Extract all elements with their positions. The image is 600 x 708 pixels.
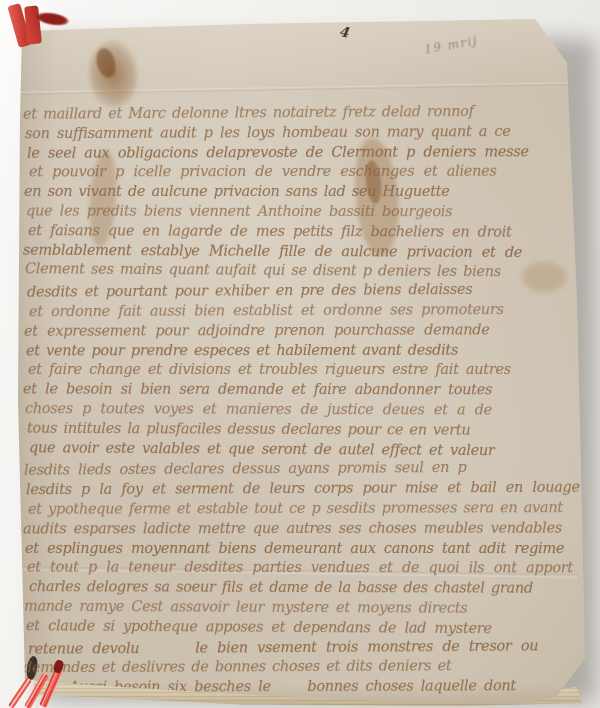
manuscript-text-line: et ypotheque ferme et estable tout ce p … <box>28 499 581 521</box>
manuscript-text-line: le seel aux obligacions delaprevoste de … <box>27 143 580 165</box>
manuscript-text-line: audits esparses ladicte mettre que autre… <box>23 519 576 540</box>
folio-number: 4 <box>338 24 351 42</box>
manuscript-text-line: et faisans que en lagarde de mes petits … <box>28 222 581 244</box>
manuscript-text-line: et faire change et divisions et troubles… <box>28 361 581 381</box>
manuscript-text-line: et vente pour prendre especes et habilem… <box>26 341 579 362</box>
photograph-of-manuscript: 4 19 mrij et maillard et Marc delonne lt… <box>0 0 600 708</box>
manuscript-text-line: que les predits biens viennent Anthoine … <box>26 203 579 224</box>
manuscript-text-block: et maillard et Marc delonne ltres notair… <box>26 104 579 698</box>
manuscript-page: 4 19 mrij et maillard et Marc delonne lt… <box>0 0 600 708</box>
manuscript-text-line: et pouvoir p icelle privacion de vendre … <box>29 163 582 184</box>
manuscript-text-line: demandes et deslivres de bonnes choses e… <box>23 657 576 679</box>
manuscript-text-line: et tout p la teneur desdites parties ven… <box>27 559 580 580</box>
manuscript-text-line: et claude si ypotheque apposes et depend… <box>26 617 579 640</box>
manuscript-text-line: lesdits p la foy et serment de leurs cor… <box>26 479 579 501</box>
ink-stain-top-left-core <box>94 46 119 79</box>
manuscript-text-line: charles delogres sa soeur fils et dame d… <box>29 578 582 600</box>
manuscript-text-line: et maillard et Marc delonne ltres notair… <box>23 102 576 125</box>
manuscript-text-line: son suffisamment audit p les loys hombea… <box>25 122 578 144</box>
manuscript-text-line: et le besoin si bien sera demande et fai… <box>23 381 576 402</box>
manuscript-text-line: choses p toutes voyes et manieres de jus… <box>25 400 578 422</box>
manuscript-text-line: tous intitules la plusfaciles dessus dec… <box>27 419 580 441</box>
manuscript-text-line: et esplingues moyennant biens demeurant … <box>25 540 578 560</box>
manuscript-text-line: et ordonne fait aussi bien establist et … <box>29 301 582 323</box>
manuscript-text-line: mande ramye Cest assavoir leur mystere e… <box>24 598 577 620</box>
manuscript-text-line: et expressement pour adjoindre prenon po… <box>24 321 577 343</box>
ink-stain-top-left <box>83 37 143 112</box>
docket-inscription: 19 mrij <box>423 33 479 56</box>
manuscript-text-line: en son vivant de aulcune privacion sans … <box>24 183 577 203</box>
parchment-crease-top <box>20 82 568 95</box>
